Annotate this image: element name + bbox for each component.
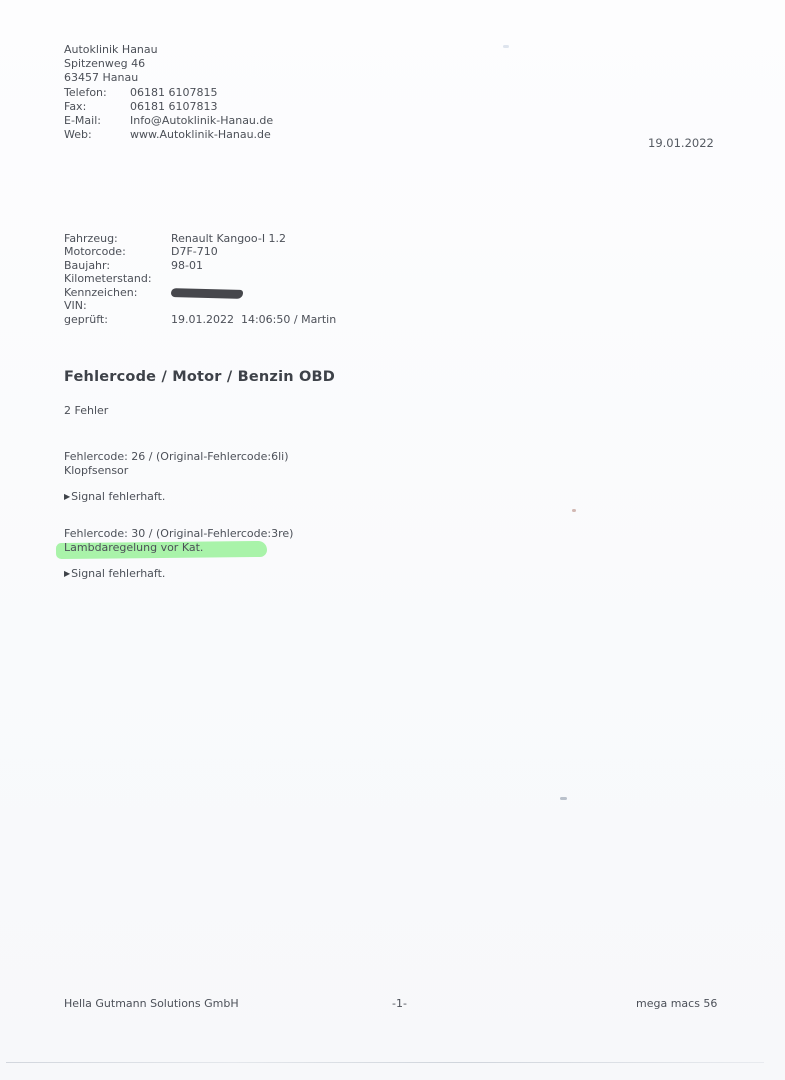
vehicle-label: Kilometerstand:	[64, 272, 171, 285]
vehicle-value: 98-01	[171, 259, 203, 272]
contact-label: Telefon:	[64, 86, 130, 100]
scanned-page: Autoklinik Hanau Spitzenweg 46 63457 Han…	[0, 0, 785, 1080]
footer-page-number: -1-	[392, 997, 407, 1011]
scan-speck	[503, 45, 509, 48]
vehicle-value: D7F-710	[171, 245, 218, 258]
vehicle-row-baujahr: Baujahr: 98-01	[64, 259, 336, 272]
vehicle-label: Kennzeichen:	[64, 286, 171, 299]
bullet-arrow-icon: ▶	[64, 492, 70, 501]
footer-company: Hella Gutmann Solutions GmbH	[64, 997, 239, 1011]
page-edge-line	[6, 1062, 764, 1063]
redacted-license-plate	[171, 288, 243, 299]
vehicle-row-kennzeichen: Kennzeichen:	[64, 286, 336, 299]
fault-detail-text: Signal fehlerhaft.	[71, 490, 165, 503]
fault-description: Klopfsensor	[64, 464, 289, 478]
contact-web: Web: www.Autoklinik-Hanau.de	[64, 128, 273, 142]
fault-detail-text: Signal fehlerhaft.	[71, 567, 165, 580]
vehicle-label: Motorcode:	[64, 245, 171, 258]
fault-entry: Fehlercode: 30 / (Original-Fehlercode:3r…	[64, 527, 293, 581]
fault-detail: ▶Signal fehlerhaft.	[64, 567, 293, 581]
contact-value: Info@Autoklinik-Hanau.de	[130, 114, 273, 128]
vehicle-label: VIN:	[64, 299, 171, 312]
fault-description: Lambdaregelung vor Kat.	[64, 541, 203, 554]
vehicle-value: Renault Kangoo-I 1.2	[171, 232, 286, 245]
vehicle-label: Fahrzeug:	[64, 232, 171, 245]
vehicle-label: geprüft:	[64, 313, 171, 326]
contact-phone: Telefon: 06181 6107815	[64, 86, 273, 100]
contact-label: Fax:	[64, 100, 130, 114]
footer-device: mega macs 56	[636, 997, 717, 1011]
contact-label: Web:	[64, 128, 130, 142]
document-date: 19.01.2022	[648, 136, 714, 150]
section-title: Fehlercode / Motor / Benzin OBD	[64, 370, 335, 384]
company-name: Autoklinik Hanau	[64, 43, 273, 57]
company-street: Spitzenweg 46	[64, 57, 273, 71]
scan-speck	[572, 509, 576, 512]
vehicle-row-motorcode: Motorcode: D7F-710	[64, 245, 336, 258]
contact-value: www.Autoklinik-Hanau.de	[130, 128, 271, 142]
vehicle-row-geprueft: geprüft: 19.01.2022 14:06:50 / Martin	[64, 313, 336, 326]
vehicle-label: Baujahr:	[64, 259, 171, 272]
fault-description-highlighted: Lambdaregelung vor Kat.	[64, 541, 293, 555]
vehicle-row-kilometerstand: Kilometerstand:	[64, 272, 336, 285]
company-address-block: Autoklinik Hanau Spitzenweg 46 63457 Han…	[64, 43, 273, 142]
fault-entry: Fehlercode: 26 / (Original-Fehlercode:6l…	[64, 450, 289, 504]
vehicle-row-vin: VIN:	[64, 299, 336, 312]
vehicle-row-fahrzeug: Fahrzeug: Renault Kangoo-I 1.2	[64, 232, 336, 245]
marker-highlight: Lambdaregelung vor Kat.	[64, 541, 203, 555]
company-city: 63457 Hanau	[64, 71, 273, 85]
vehicle-value: 19.01.2022 14:06:50 / Martin	[171, 313, 336, 326]
fault-detail: ▶Signal fehlerhaft.	[64, 490, 289, 504]
vehicle-info-block: Fahrzeug: Renault Kangoo-I 1.2 Motorcode…	[64, 232, 336, 327]
contact-label: E-Mail:	[64, 114, 130, 128]
fault-code-line: Fehlercode: 30 / (Original-Fehlercode:3r…	[64, 527, 293, 541]
contact-value: 06181 6107813	[130, 100, 217, 114]
contact-email: E-Mail: Info@Autoklinik-Hanau.de	[64, 114, 273, 128]
fault-count: 2 Fehler	[64, 404, 108, 418]
contact-value: 06181 6107815	[130, 86, 217, 100]
bullet-arrow-icon: ▶	[64, 569, 70, 578]
fault-code-line: Fehlercode: 26 / (Original-Fehlercode:6l…	[64, 450, 289, 464]
scan-speck	[560, 797, 567, 800]
contact-fax: Fax: 06181 6107813	[64, 100, 273, 114]
